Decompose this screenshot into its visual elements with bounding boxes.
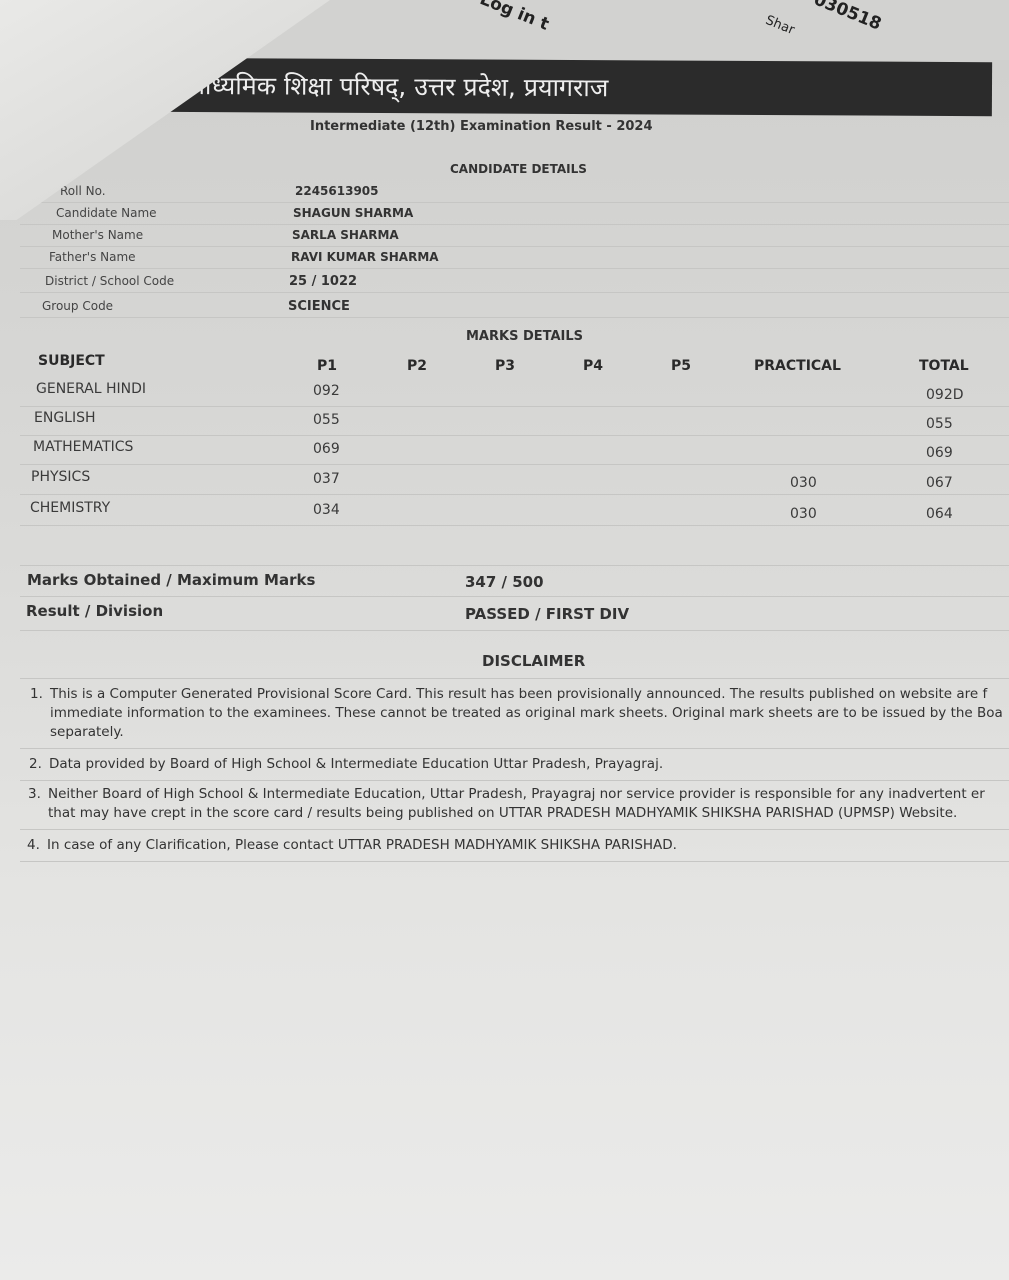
marks-subject: CHEMISTRY — [30, 500, 110, 516]
background-text: 030518 — [811, 0, 884, 35]
marks-p1: 069 — [313, 441, 340, 457]
marks-column-header: PRACTICAL — [754, 358, 841, 374]
marks-obtained-value: 347 / 500 — [465, 573, 544, 591]
marks-p1: 092 — [313, 383, 340, 399]
candidate-field-label: Group Code — [42, 299, 113, 313]
candidate-field-value: SHAGUN SHARMA — [293, 206, 413, 220]
disclaimer-text: separately. — [30, 723, 1009, 742]
marks-column-header: P4 — [583, 358, 603, 374]
marks-column-header: P3 — [495, 358, 515, 374]
disclaimer-item: 2.Data provided by Board of High School … — [29, 755, 1009, 774]
marks-column-header: P2 — [407, 358, 427, 374]
marks-total: 064 — [926, 506, 953, 522]
marks-column-header: P1 — [317, 358, 337, 374]
exam-title: Intermediate (12th) Examination Result -… — [310, 119, 653, 134]
disclaimer-number: 1. — [30, 685, 50, 704]
marks-subject: PHYSICS — [31, 469, 90, 485]
disclaimer-heading: DISCLAIMER — [482, 652, 585, 670]
header-banner: माध्यमिक शिक्षा परिषद्, उत्तर प्रदेश, प्… — [150, 58, 992, 116]
result-label: Result / Division — [26, 602, 163, 620]
candidate-field-value: 25 / 1022 — [289, 274, 357, 289]
disclaimer-text: In case of any Clarification, Please con… — [47, 837, 677, 853]
marks-column-header: SUBJECT — [38, 353, 105, 369]
candidate-field-label: Roll No. — [60, 184, 106, 198]
result-sheet: माध्यमिक शिक्षा परिषद्, उत्तर प्रदेश, प्… — [0, 40, 1009, 1280]
disclaimer-text: This is a Computer Generated Provisional… — [50, 686, 987, 702]
candidate-field-label: Mother's Name — [52, 228, 143, 242]
marks-p1: 037 — [313, 471, 340, 487]
candidate-field-label: Candidate Name — [56, 206, 157, 220]
marks-total: 067 — [926, 475, 953, 491]
disclaimer-item: 1.This is a Computer Generated Provision… — [30, 685, 1009, 742]
marks-subject: ENGLISH — [34, 410, 96, 426]
marks-practical: 030 — [790, 475, 817, 491]
marks-column-header: P5 — [671, 358, 691, 374]
disclaimer-item: 4.In case of any Clarification, Please c… — [27, 836, 1009, 855]
marks-total: 069 — [926, 445, 953, 461]
disclaimer-number: 4. — [27, 836, 47, 855]
marks-column-header: TOTAL — [919, 358, 969, 374]
candidate-field-value: SCIENCE — [288, 299, 350, 314]
candidate-field-label: Father's Name — [49, 250, 136, 264]
marks-p1: 055 — [313, 412, 340, 428]
marks-total: 055 — [926, 416, 953, 432]
marks-p1: 034 — [313, 502, 340, 518]
candidate-field-value: 2245613905 — [295, 184, 379, 198]
candidate-details-heading: CANDIDATE DETAILS — [450, 162, 587, 176]
board-title: माध्यमिक शिक्षा परिषद्, उत्तर प्रदेश, प्… — [190, 68, 608, 104]
candidate-field-value: RAVI KUMAR SHARMA — [291, 250, 439, 264]
disclaimer-item: 3.Neither Board of High School & Interme… — [28, 785, 1009, 823]
disclaimer-text: Data provided by Board of High School & … — [49, 756, 663, 772]
result-value: PASSED / FIRST DIV — [465, 605, 629, 623]
marks-details-heading: MARKS DETAILS — [466, 329, 583, 344]
marks-total: 092D — [926, 387, 964, 403]
disclaimer-number: 2. — [29, 755, 49, 774]
background-text: Log in t — [477, 0, 552, 35]
marks-subject: GENERAL HINDI — [36, 381, 146, 397]
marks-obtained-label: Marks Obtained / Maximum Marks — [27, 571, 315, 589]
disclaimer-text: Neither Board of High School & Intermedi… — [48, 786, 985, 802]
candidate-field-value: SARLA SHARMA — [292, 228, 399, 242]
candidate-field-label: District / School Code — [45, 274, 174, 288]
disclaimer-text: that may have crept in the score card / … — [28, 804, 1009, 823]
marks-practical: 030 — [790, 506, 817, 522]
background-text: Shar — [763, 13, 796, 38]
disclaimer-text: immediate information to the examinees. … — [30, 704, 1009, 723]
disclaimer-number: 3. — [28, 785, 48, 804]
marks-subject: MATHEMATICS — [33, 439, 133, 455]
